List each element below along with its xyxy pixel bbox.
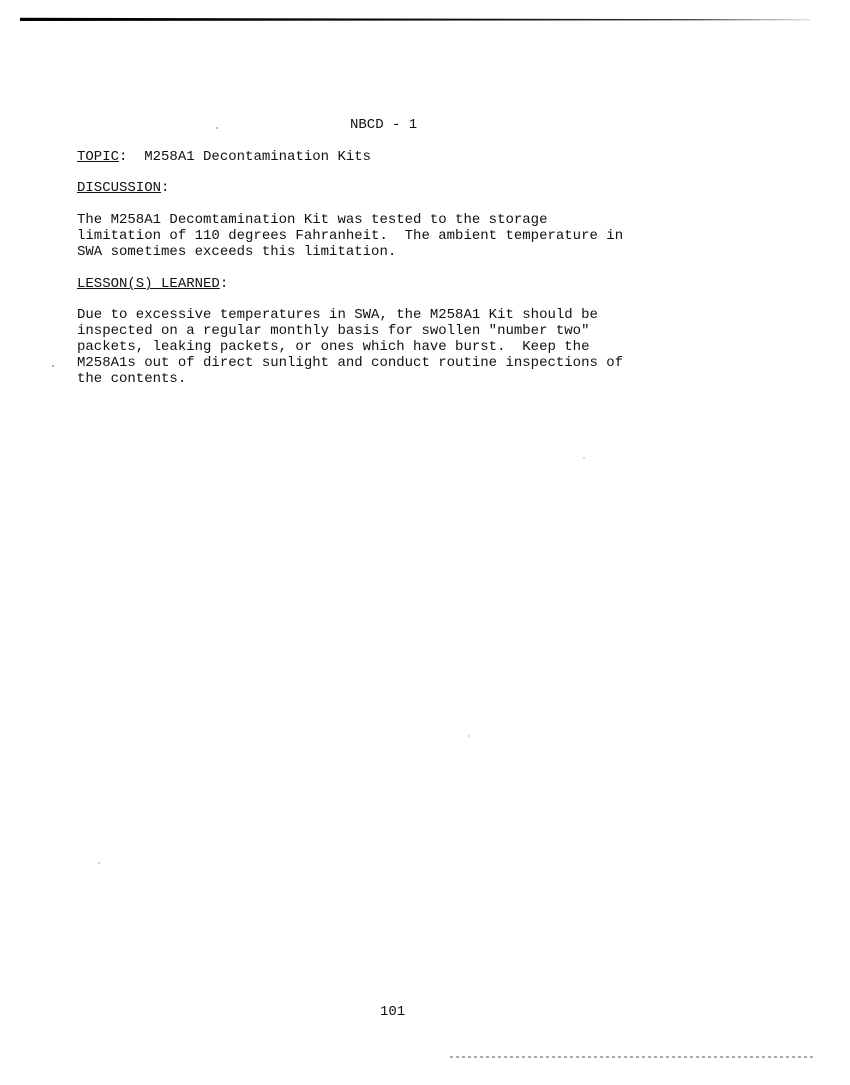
document-page: NBCD - 1 TOPIC: M258A1 Decontamination K…: [0, 0, 850, 1085]
top-scan-rule: [20, 17, 810, 21]
scan-speck: [468, 735, 470, 737]
discussion-text: The M258A1 Decomtamination Kit was teste…: [77, 212, 623, 260]
bottom-scan-rule: [450, 1056, 815, 1058]
section-header: NBCD - 1: [350, 117, 417, 133]
page-number: 101: [380, 1004, 405, 1020]
lessons-colon: :: [220, 276, 228, 292]
discussion-colon: :: [161, 180, 169, 196]
lessons-text: Due to excessive temperatures in SWA, th…: [77, 307, 623, 387]
topic-label: TOPIC: [77, 149, 119, 165]
lessons-heading: LESSON(S) LEARNED:: [77, 276, 228, 292]
discussion-label: DISCUSSION: [77, 180, 161, 196]
scan-speck: [52, 365, 54, 367]
scan-speck: [98, 862, 100, 864]
scan-speck: [216, 127, 218, 129]
discussion-heading: DISCUSSION:: [77, 180, 169, 196]
lessons-label: LESSON(S) LEARNED: [77, 276, 220, 292]
topic-value: : M258A1 Decontamination Kits: [119, 149, 371, 165]
topic-line: TOPIC: M258A1 Decontamination Kits: [77, 149, 371, 165]
scan-speck: [583, 457, 585, 459]
